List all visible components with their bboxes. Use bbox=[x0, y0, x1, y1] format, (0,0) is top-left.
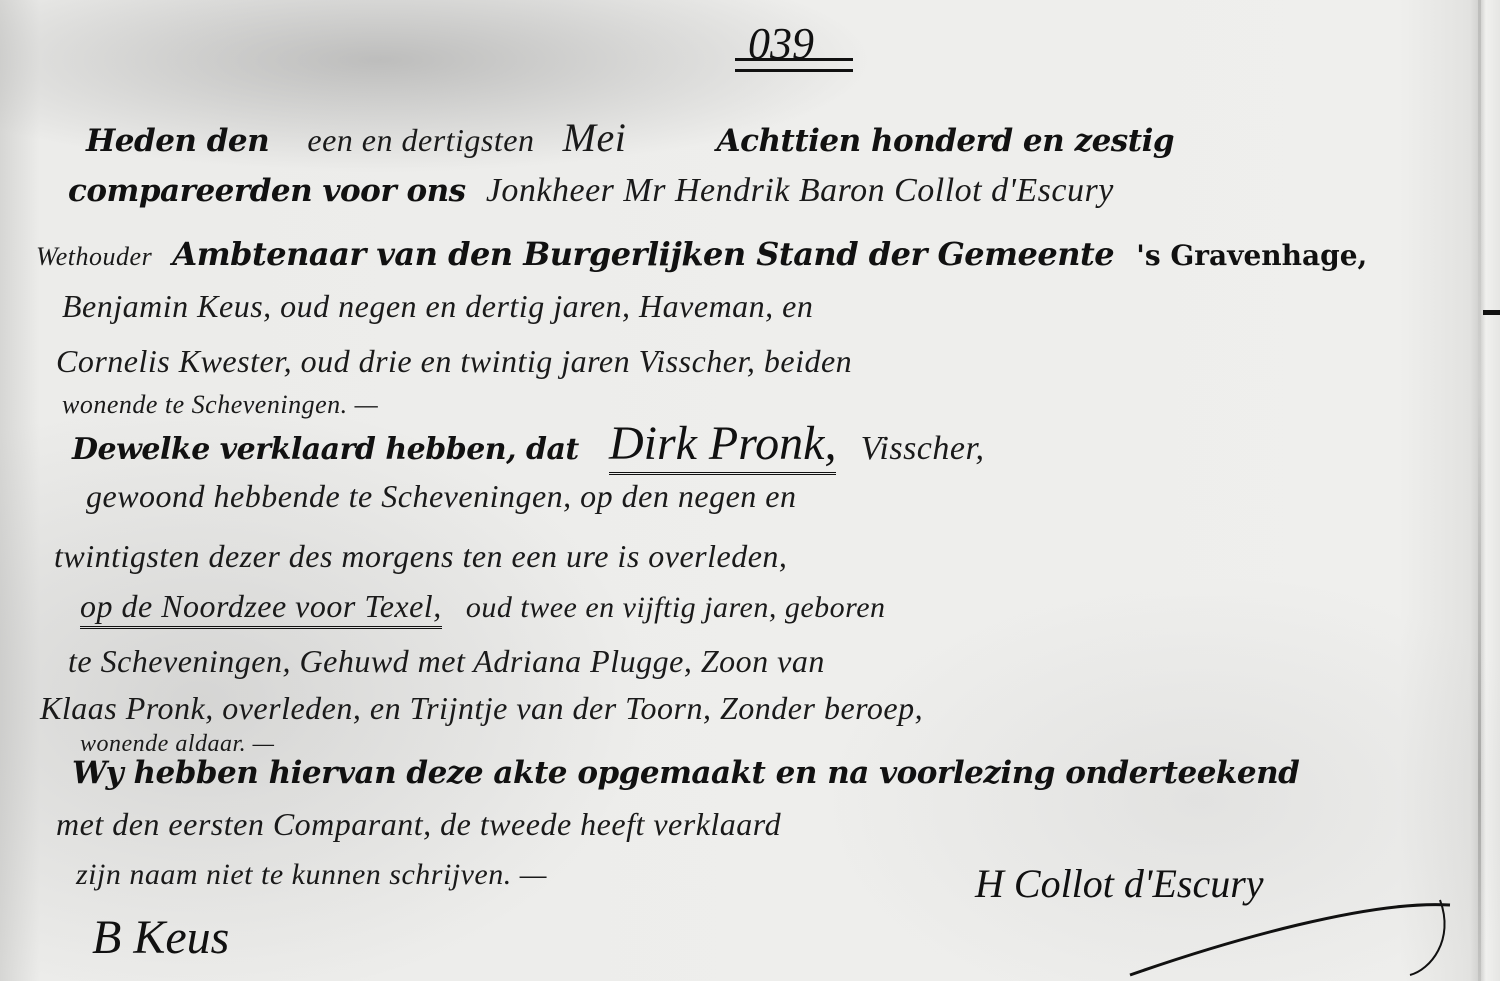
witness-signature: B Keus bbox=[92, 910, 229, 965]
place-of-death: op de Noordzee voor Texel, bbox=[80, 590, 442, 629]
deceased-name: Dirk Pronk, bbox=[609, 420, 837, 475]
handwritten-month: Mei bbox=[563, 118, 627, 158]
record-line-5: Cornelis Kwester, oud drie en twintig ja… bbox=[56, 345, 852, 377]
printed-text: Ambtenaar van den Burgerlijken Stand der… bbox=[172, 238, 1114, 270]
record-line-12: Klaas Pronk, overleden, en Trijntje van … bbox=[40, 692, 923, 724]
page-edge bbox=[1478, 0, 1481, 981]
record-line-1: Heden den een en dertigsten Mei Achttien… bbox=[86, 118, 1174, 158]
record-line-6: wonende te Scheveningen. — bbox=[62, 392, 378, 418]
printed-municipality: 's Gravenhage, bbox=[1136, 242, 1367, 270]
handwritten-text: oud twee en vijftig jaren, geboren bbox=[466, 593, 886, 623]
handwritten-title: Wethouder bbox=[36, 244, 152, 270]
record-line-4: Benjamin Keus, oud negen en dertig jaren… bbox=[62, 290, 813, 322]
record-line-13: wonende aldaar. — bbox=[80, 732, 275, 756]
record-line-11: te Scheveningen, Gehuwd met Adriana Plug… bbox=[68, 645, 825, 677]
handwritten-occupation: Visscher, bbox=[861, 432, 985, 466]
printed-text: compareerden voor ons bbox=[68, 176, 466, 207]
handwritten-date-day: een en dertigsten bbox=[307, 124, 534, 156]
margin-mark bbox=[1483, 310, 1500, 315]
record-line-8: gewoond hebbende te Scheveningen, op den… bbox=[86, 480, 796, 512]
printed-year: Achttien honderd en zestig bbox=[717, 126, 1175, 157]
record-line-16: zijn naam niet te kunnen schrijven. — bbox=[76, 860, 547, 890]
record-line-9: twintigsten dezer des morgens ten een ur… bbox=[54, 540, 787, 572]
printed-text: Dewelke verklaard hebben, dat bbox=[72, 435, 579, 465]
record-line-2: compareerden voor ons Jonkheer Mr Hendri… bbox=[68, 174, 1114, 208]
record-line-10: op de Noordzee voor Texel, oud twee en v… bbox=[80, 590, 886, 629]
printed-text: Heden den bbox=[86, 126, 269, 157]
handwritten-official-name: Jonkheer Mr Hendrik Baron Collot d'Escur… bbox=[486, 174, 1114, 208]
signature-flourish bbox=[1110, 880, 1470, 980]
folio-double-rule bbox=[735, 58, 853, 72]
record-line-3: Wethouder Ambtenaar van den Burgerlijken… bbox=[36, 238, 1367, 270]
record-line-15: met den eersten Comparant, de tweede hee… bbox=[56, 808, 781, 840]
record-line-14: Wy hebben hiervan deze akte opgemaakt en… bbox=[72, 758, 1299, 789]
record-line-7: Dewelke verklaard hebben, dat Dirk Pronk… bbox=[72, 420, 984, 475]
